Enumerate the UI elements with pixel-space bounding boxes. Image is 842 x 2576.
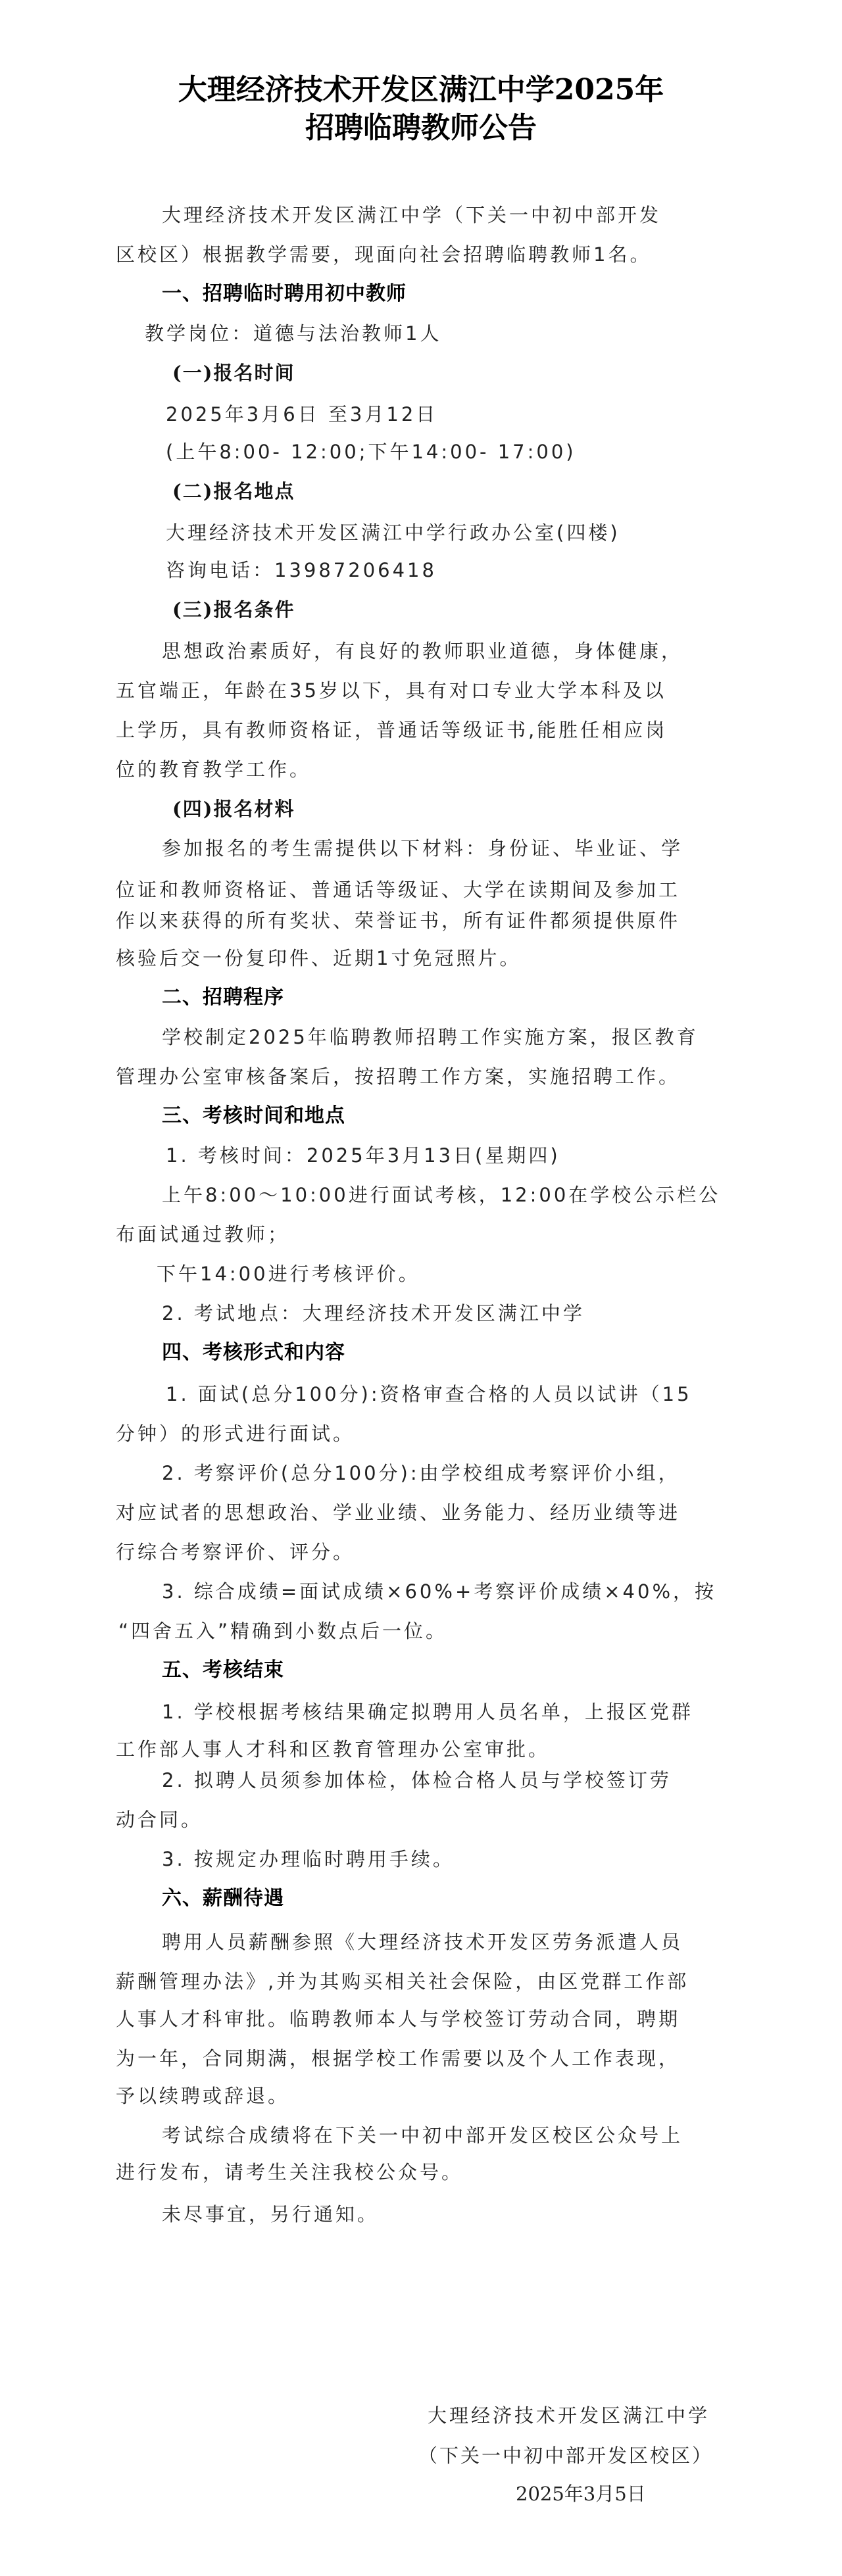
paragraph-line: 1. 学校根据考核结果确定拟聘用人员名单，上报区党群 [162, 1700, 693, 1724]
paragraph-line: “四舍五入”精确到小数点后一位。 [118, 1619, 447, 1643]
paragraph-line: 布面试通过教师； [116, 1223, 289, 1246]
paragraph-line: 位证和教师资格证、普通话等级证、大学在读期间及参加工 [116, 878, 680, 902]
subsection-heading: (二)报名地点 [172, 479, 295, 503]
section-heading: 六、薪酬待遇 [162, 1887, 284, 1910]
paragraph-line: 薪酬管理办法》,并为其购买相关社会保险，由区党群工作部 [116, 1970, 689, 1993]
paragraph-line: 核验后交一份复印件、近期1寸免冠照片。 [116, 946, 521, 970]
paragraph-line: 学校制定2025年临聘教师招聘工作实施方案，报区教育 [162, 1025, 699, 1049]
paragraph-line: (上午8:00- 12:00;下午14:00- 17:00) [166, 440, 576, 464]
paragraph-line: 动合同。 [116, 1808, 203, 1832]
paragraph-line: 行综合考察评价、评分。 [116, 1540, 355, 1564]
paragraph-line: 管理办公室审核备案后，按招聘工作方案，实施招聘工作。 [116, 1065, 680, 1088]
paragraph-line: 思想政治素质好，有良好的教师职业道德，身体健康， [162, 639, 683, 663]
paragraph-line: 为一年，合同期满，根据学校工作需要以及个人工作表现， [116, 2047, 680, 2070]
subsection-heading: (四)报名材料 [172, 797, 295, 821]
paragraph-line: 未尽事宜，另行通知。 [162, 2202, 379, 2226]
paragraph-line: 1. 面试(总分100分):资格审查合格的人员以试讲（15 [166, 1382, 692, 1406]
paragraph-line: 聘用人员薪酬参照《大理经济技术开发区劳务派遣人员 [162, 1930, 683, 1954]
paragraph-line: 教学岗位：道德与法治教师1人 [145, 322, 441, 345]
paragraph-line: 2. 拟聘人员须参加体检，体检合格人员与学校签订劳 [162, 1768, 672, 1792]
paragraph-line: 分钟）的形式进行面试。 [116, 1422, 355, 1446]
paragraph-line: 对应试者的思想政治、学业业绩、业务能力、经历业绩等进 [116, 1501, 680, 1524]
paragraph-line: 位的教育教学工作。 [116, 758, 311, 781]
section-heading: 五、考核结束 [162, 1659, 284, 1682]
paragraph-line: 1. 考核时间：2025年3月13日(星期四) [166, 1144, 560, 1167]
signature-campus: （下关一中初中部开发区校区） [418, 2444, 713, 2467]
paragraph-line: 五官端正，年龄在35岁以下，具有对口专业大学本科及以 [116, 679, 666, 702]
section-heading: 三、考核时间和地点 [162, 1104, 345, 1128]
paragraph-line: 3. 综合成绩=面试成绩×60%+考察评价成绩×40%，按 [162, 1580, 716, 1603]
subsection-heading: (三)报名条件 [172, 598, 295, 621]
paragraph-line: 考试综合成绩将在下关一中初中部开发区校区公众号上 [162, 2124, 683, 2147]
subsection-heading: (一)报名时间 [172, 361, 295, 385]
paragraph-line: 上学历，具有教师资格证，普通话等级证书,能胜任相应岗 [116, 718, 667, 742]
paragraph-line: 2025年3月6日 至3月12日 [166, 402, 437, 426]
section-heading: 四、考核形式和内容 [162, 1341, 345, 1365]
document-title-line-1: 大理经济技术开发区满江中学2025年 [0, 72, 842, 108]
paragraph-line: 上午8:00～10:00进行面试考核，12:00在学校公示栏公 [162, 1183, 720, 1207]
paragraph-line: 咨询电话：13987206418 [166, 558, 437, 582]
paragraph-line: 下午14:00进行考核评价。 [157, 1262, 420, 1286]
document-title-line-2: 招聘临聘教师公告 [0, 110, 842, 146]
signature-date: 2025年3月5日 [516, 2482, 646, 2506]
section-heading: 二、招聘程序 [162, 986, 284, 1009]
paragraph-line: 工作部人事人才科和区教育管理办公室审批。 [116, 1738, 550, 1761]
paragraph-line: 2. 考试地点：大理经济技术开发区满江中学 [162, 1301, 585, 1325]
paragraph-line: 2. 考察评价(总分100分):由学校组成考察评价小组， [162, 1461, 680, 1485]
paragraph-line: 大理经济技术开发区满江中学（下关一中初中部开发 [162, 203, 661, 227]
paragraph-line: 作以来获得的所有奖状、荣誉证书，所有证件都须提供原件 [116, 909, 680, 933]
paragraph-line: 予以续聘或辞退。 [116, 2084, 289, 2108]
paragraph-line: 大理经济技术开发区满江中学行政办公室(四楼) [166, 521, 620, 545]
paragraph-line: 参加报名的考生需提供以下材料：身份证、毕业证、学 [162, 837, 683, 860]
paragraph-line: 区校区）根据教学需要，现面向社会招聘临聘教师1名。 [116, 243, 651, 266]
paragraph-line: 进行发布，请考生关注我校公众号。 [116, 2160, 463, 2184]
paragraph-line: 3. 按规定办理临时聘用手续。 [162, 1847, 455, 1871]
paragraph-line: 人事人才科审批。临聘教师本人与学校签订劳动合同，聘期 [116, 2007, 680, 2031]
section-heading: 一、招聘临时聘用初中教师 [162, 282, 407, 306]
signature-organization: 大理经济技术开发区满江中学 [428, 2404, 710, 2427]
